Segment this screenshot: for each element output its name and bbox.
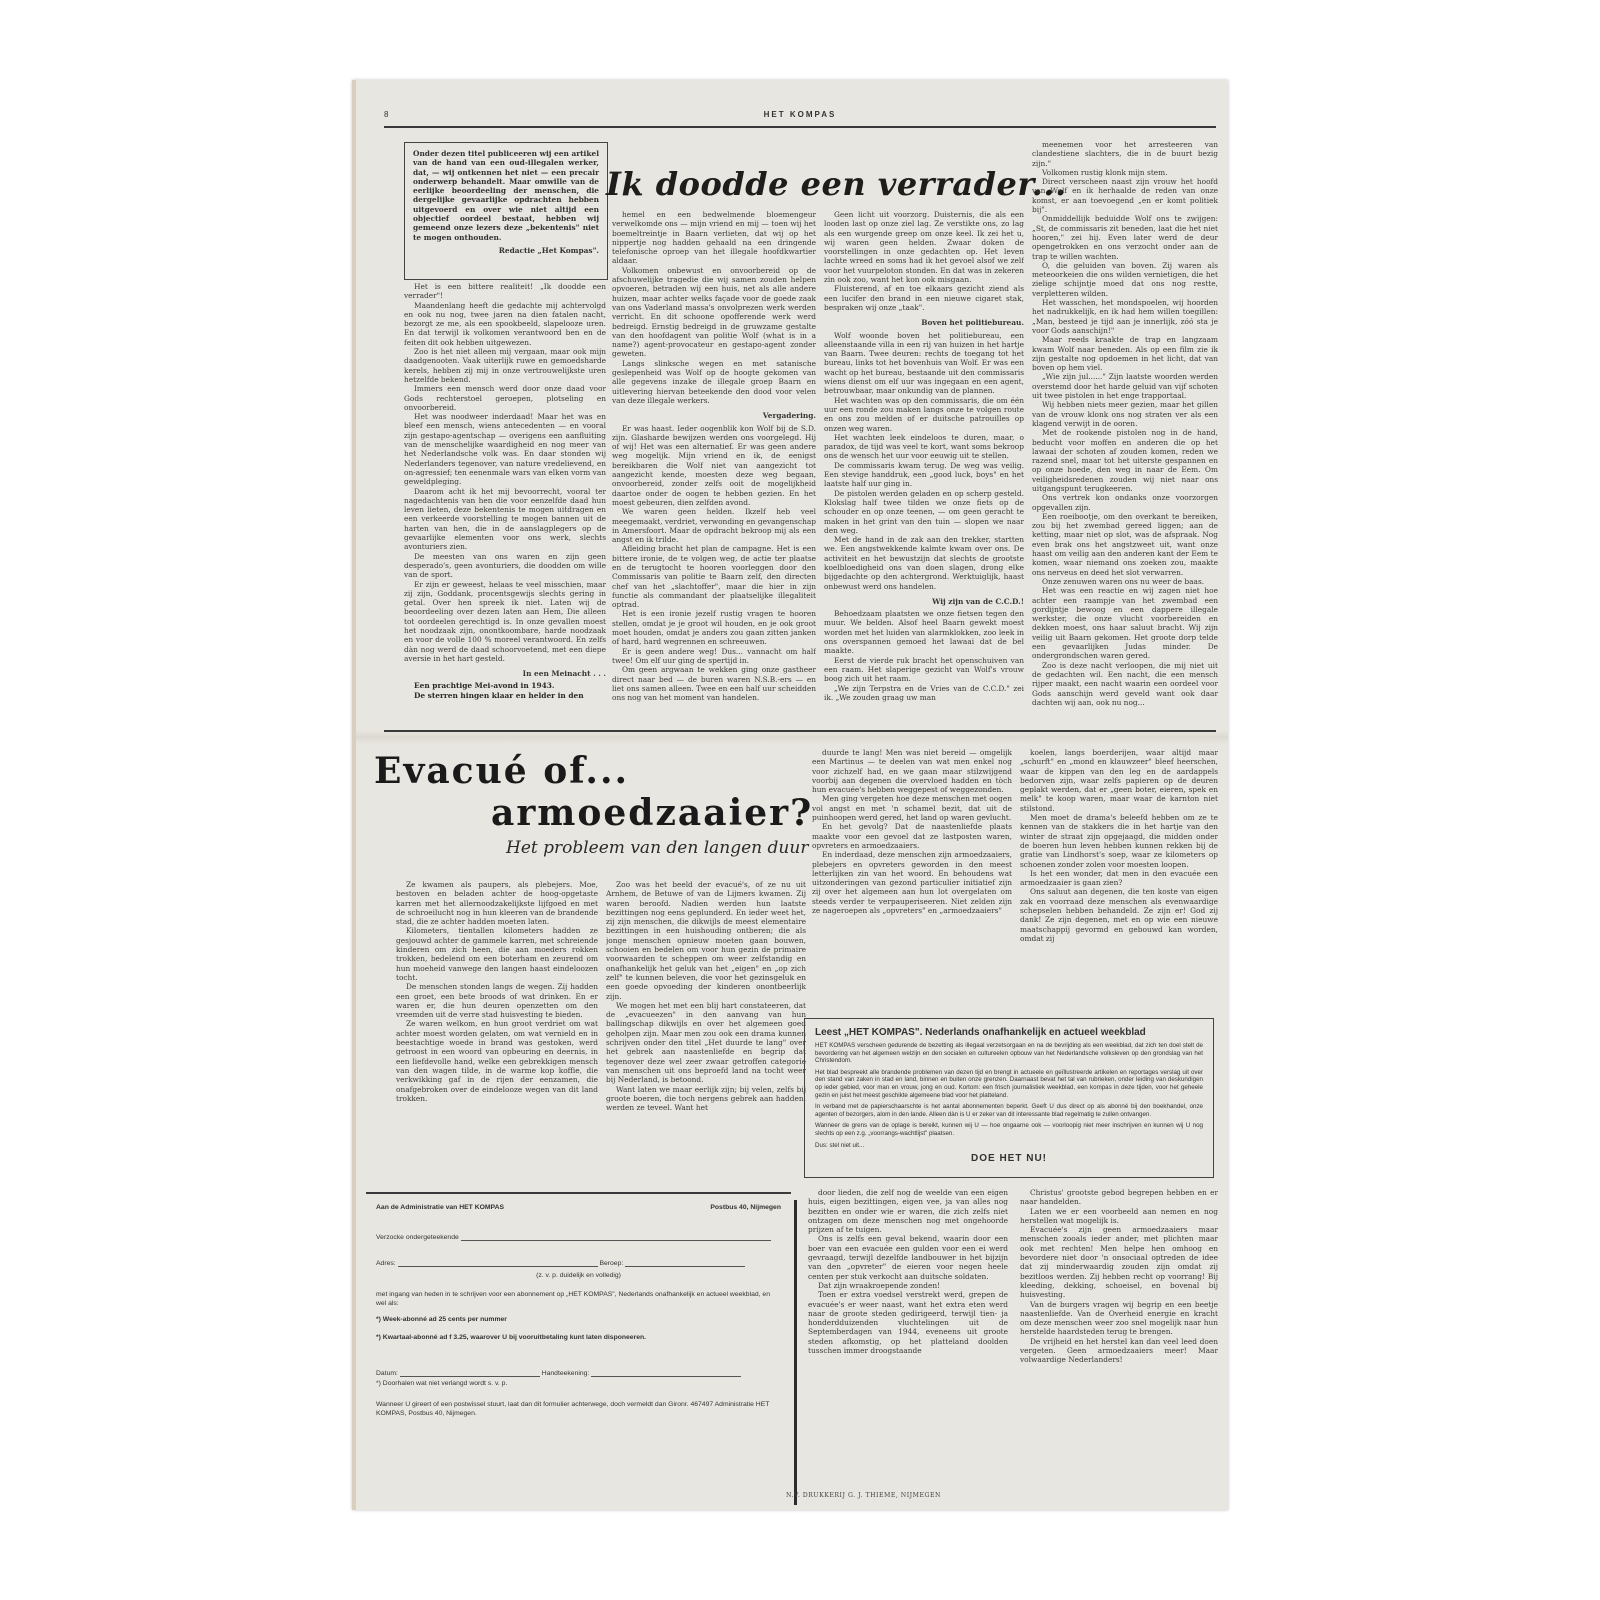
paragraph: Er zijn er geweest, helaas te veel missc…	[404, 580, 606, 664]
paragraph: „Wie zijn jul......" Zijn laatste woorde…	[1032, 372, 1218, 400]
article1-column-2: hemel en een bedwelmende bloemengeur ver…	[612, 210, 816, 722]
article1-column-3: Geen licht uit voorzorg. Duisternis, die…	[824, 210, 1024, 722]
paragraph: Men moet de drama's beleefd hebben om ze…	[1020, 813, 1218, 869]
article-headline-verrader: Ik doodde een verrader...	[606, 165, 1067, 203]
form-intro: met ingang van heden in te schrijven voo…	[376, 1290, 781, 1308]
paragraph: De pistolen werden geladen en op scherp …	[824, 489, 1024, 535]
paragraph: meenemen voor het arresteeren van clande…	[1032, 140, 1218, 168]
profession-field[interactable]	[625, 1258, 745, 1267]
paragraph: door lieden, die zelf nog de weelde van …	[808, 1188, 1008, 1234]
paragraph: De sterren hingen klaar en helder in den	[404, 691, 606, 700]
paragraph: Fluisterend, af en toe elkaars gezicht z…	[824, 284, 1024, 312]
subscription-form: Aan de Administratie van HET KOMPAS Post…	[366, 1188, 791, 1478]
paragraph: De meesten van ons waren en zijn geen de…	[404, 552, 606, 580]
paragraph: Volkomen rustig klonk mijn stem.	[1032, 168, 1218, 177]
paragraph: Men ging vergeten hoe deze menschen met …	[812, 794, 1012, 822]
paragraph: Direct verscheen naast zijn vrouw het ho…	[1032, 177, 1218, 214]
paragraph: hemel en een bedwelmende bloemengeur ver…	[612, 210, 816, 266]
paragraph: O, die geluiden van boven. Zij waren als…	[1032, 261, 1218, 298]
label-address: Adres:	[376, 1260, 396, 1267]
paragraph: Ons is zelfs een geval bekend, waarin do…	[808, 1234, 1008, 1280]
editorial-signature: Redactie „Het Kompas".	[413, 246, 599, 255]
paragraph: Behoedzaam plaatsten we onze fietsen teg…	[824, 609, 1024, 655]
form-postbox: Postbus 40, Nijmegen	[710, 1204, 781, 1211]
paragraph: Volkomen onbewust en onvoorbereid op de …	[612, 266, 816, 359]
paragraph: Het wachten leek eindeloos te duren, maa…	[824, 433, 1024, 461]
paragraph: Wanneer de grens van de oplage is bereik…	[815, 1122, 1203, 1137]
paragraph: Zoo was het beeld der evacué's, of ze nu…	[606, 880, 806, 1001]
paragraph: De commissaris kwam terug. De weg was ve…	[824, 461, 1024, 489]
paragraph: Is het een wonder, dat men in den evacué…	[1020, 869, 1218, 888]
paragraph: Kilometers, tientallen kilometers hadden…	[396, 926, 598, 982]
paragraph: Onmiddellijk beduidde Wolf ons te zwijge…	[1032, 214, 1218, 260]
form-footnote: *) Doorhalen wat niet verlangd wordt s. …	[376, 1380, 781, 1387]
signature-field[interactable]	[591, 1368, 741, 1377]
paragraph: De menschen stonden langs de wegen. Zij …	[396, 982, 598, 1019]
article1-column-1: Het is een bittere realiteit! „Ik doodde…	[404, 282, 606, 722]
form-addressee: Aan de Administratie van HET KOMPAS	[376, 1204, 504, 1211]
giro-note: Wanneer U gireert of een postwissel stuu…	[376, 1400, 781, 1418]
article1-column-4: meenemen voor het arresteeren van clande…	[1032, 140, 1218, 722]
article2-column-1: Ze kwamen als paupers, als plebejers. Mo…	[396, 880, 598, 1180]
headline-armoedzaaier: armoedzaaier?	[491, 792, 813, 834]
paragraph: In verband met de papierschaarschte is h…	[815, 1103, 1203, 1118]
article2-column-3-continued: door lieden, die zelf nog de weelde van …	[808, 1188, 1008, 1488]
paragraph: Eerst de vierde ruk bracht het openschui…	[824, 656, 1024, 684]
paragraph: Het blad bespreekt alle brandende proble…	[815, 1069, 1203, 1099]
label-profession: Beroep:	[599, 1260, 623, 1267]
article2-column-4: koelen, langs boerderijen, waar altijd m…	[1020, 748, 1218, 1010]
paragraph: Ze kwamen als paupers, als plebejers. Mo…	[396, 880, 598, 926]
paragraph: Ons vertrek kon ondanks onze voorzorgen …	[1032, 493, 1218, 512]
article2-column-2: Zoo was het beeld der evacué's, of ze nu…	[606, 880, 806, 1180]
paragraph: Dat zijn wraakroepende zonden!	[808, 1281, 1008, 1290]
label-date: Datum:	[376, 1370, 398, 1377]
paragraph: Van de burgers vragen wij begrip en een …	[1020, 1300, 1218, 1337]
paragraph: En inderdaad, deze menschen zijn armoedz…	[812, 850, 1012, 915]
form-hint: (z. v. p. duidelijk en volledig)	[376, 1272, 781, 1279]
paragraph: Om geen argwaan te wekken ging onze gast…	[612, 665, 816, 702]
option-quarterly[interactable]: *) Kwartaal-abonné ad f 3.25, waarover U…	[376, 1334, 781, 1341]
paragraph: We waren geen helden. Ikzelf heb veel me…	[612, 507, 816, 544]
paragraph: De vrijheid en het herstel kan dan veel …	[1020, 1337, 1218, 1365]
promo-call-to-action: DOE HET NU!	[815, 1153, 1203, 1164]
paragraph: Ons saluut aan degenen, die ten koste va…	[1020, 887, 1218, 943]
newspaper-page: 8 HET KOMPAS Onder dezen titel publiceer…	[352, 80, 1228, 1510]
paragraph: Geen licht uit voorzorg. Duisternis, die…	[824, 210, 1024, 284]
paragraph: HET KOMPAS verscheen gedurende de bezett…	[815, 1042, 1203, 1065]
name-field[interactable]	[461, 1232, 771, 1241]
article2-column-4-continued: Christus' grootste gebod begrepen hebben…	[1020, 1188, 1218, 1488]
paragraph: Christus' grootste gebod begrepen hebben…	[1020, 1188, 1218, 1207]
paragraph: Zoo is het niet alleen mij vergaan, maar…	[404, 347, 606, 384]
paragraph: Het wasschen, het mondspoelen, wij hoord…	[1032, 298, 1218, 335]
header-rule	[384, 126, 1216, 128]
address-field[interactable]	[398, 1258, 598, 1267]
article2-subtitle: Het probleem van den langen duur	[506, 838, 808, 858]
label-signature: Handteekening:	[542, 1370, 590, 1377]
paragraph: Met de hand in de zak aan den trekker, s…	[824, 535, 1024, 591]
paragraph: Wij hebben niets meer gezien, maar het g…	[1032, 400, 1218, 428]
section-rule	[384, 730, 1216, 732]
promo-title: Leest „HET KOMPAS". Nederlands onafhanke…	[815, 1027, 1203, 1038]
paragraph: Er is geen andere weg! Dus... vannacht o…	[612, 647, 816, 666]
paragraph: Maandenlang heeft die gedachte mij achte…	[404, 301, 606, 347]
paragraph: Het wachten was op den commissaris, die …	[824, 396, 1024, 433]
editorial-note-text: Onder dezen titel publiceeren wij een ar…	[413, 149, 599, 242]
paragraph: En het gevolg? Dat de naastenliefde plaa…	[812, 822, 1012, 850]
paragraph: Want laten we maar eerlijk zijn; bij vel…	[606, 1085, 806, 1113]
paragraph: Langs slinksche wegen en met satanische …	[612, 359, 816, 405]
paragraph: Het was noodweer inderdaad! Maar het was…	[404, 412, 606, 486]
paragraph: „We zijn Terpstra en de Vries van de C.C…	[824, 684, 1024, 703]
editorial-note-box: Onder dezen titel publiceeren wij een ar…	[404, 142, 608, 280]
headline-evacue: Evacué of...	[374, 750, 629, 792]
paragraph: Daarom acht ik het mij bevoorrecht, voor…	[404, 487, 606, 552]
paragraph: koelen, langs boerderijen, waar altijd m…	[1020, 748, 1218, 813]
printer-credit: N.V. DRUKKERIJ G. J. THIEME, NIJMEGEN	[786, 1492, 941, 1499]
paragraph: Evacuée's zijn geen armoedzaaiers maar m…	[1020, 1225, 1218, 1299]
paragraph: Met de rookende pistolen nog in de hand,…	[1032, 428, 1218, 493]
label-name: Verzocke ondergeteekende	[376, 1234, 459, 1241]
masthead: HET KOMPAS	[384, 110, 1216, 119]
paragraph: Het is een ironie jezelf rustig vragen t…	[612, 609, 816, 646]
paragraph: Dus: stel niet uit...	[815, 1142, 1203, 1150]
subheading-politiebureau: Boven het politiebureau.	[824, 318, 1024, 327]
paragraph: duurde te lang! Men was niet bereid — om…	[812, 748, 1012, 794]
running-header: 8 HET KOMPAS	[384, 110, 1216, 124]
paragraph: Wolf woonde boven het politiebureau, een…	[824, 331, 1024, 396]
paragraph: Zoo is deze nacht verloopen, die mij nie…	[1032, 661, 1218, 707]
subheading-vergadering: Vergadering.	[612, 411, 816, 420]
form-divider	[794, 1200, 797, 1505]
paragraph: Toen er extra voedsel verstrekt werd, gr…	[808, 1290, 1008, 1355]
paragraph: Er was haast. Ieder oogenblik kon Wolf b…	[612, 424, 816, 508]
paragraph: Het is een bittere realiteit! „Ik doodde…	[404, 282, 606, 301]
subheading-ccd: Wij zijn van de C.C.D.!	[824, 597, 1024, 606]
paragraph: Een roeibootje, om den overkant te berei…	[1032, 512, 1218, 577]
date-field[interactable]	[400, 1368, 540, 1377]
paragraph: Laten we er een voorbeeld aan nemen en n…	[1020, 1207, 1218, 1226]
subscription-promo-box: Leest „HET KOMPAS". Nederlands onafhanke…	[804, 1018, 1214, 1178]
paragraph: Een prachtige Mei-avond in 1943.	[404, 681, 606, 690]
subheading-meinacht: In een Meinacht . . .	[404, 669, 606, 678]
paragraph: Ze waren welkom, en hun groot verdriet o…	[396, 1019, 598, 1103]
paragraph: Onze zenuwen waren ons nu weer de baas.	[1032, 577, 1218, 586]
paragraph: We mogen het met een blij hart constatee…	[606, 1001, 806, 1085]
paragraph: Het was een reactie en wij zagen niet ho…	[1032, 586, 1218, 660]
option-weekly[interactable]: *) Week-abonné ad 25 cents per nummer	[376, 1316, 781, 1323]
paragraph: Afleiding bracht het plan de campagne. H…	[612, 544, 816, 609]
article2-column-3: duurde te lang! Men was niet bereid — om…	[812, 748, 1012, 1010]
paragraph: Maar reeds kraakte de trap en langzaam k…	[1032, 335, 1218, 372]
paper-fold	[356, 730, 1228, 744]
paragraph: Immers een mensch werd door onze daad vo…	[404, 384, 606, 412]
